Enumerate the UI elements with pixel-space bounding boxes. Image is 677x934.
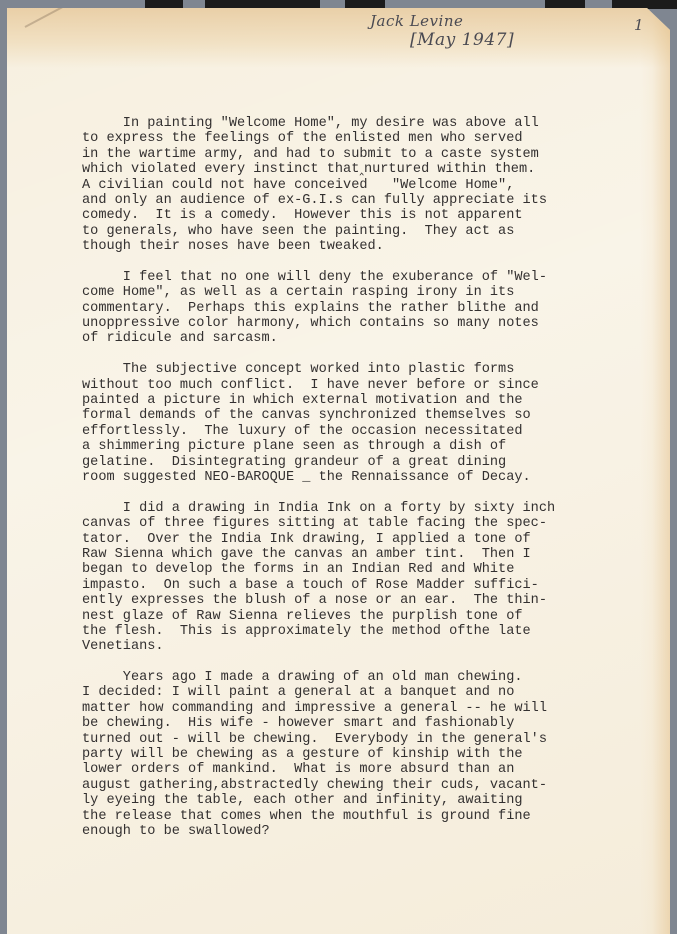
text-line: enough to be swallowed? bbox=[82, 824, 642, 839]
text-line: be chewing. His wife - however smart and… bbox=[82, 716, 642, 731]
text-line: Years ago I made a drawing of an old man… bbox=[82, 670, 642, 685]
text-line: began to develop the forms in an Indian … bbox=[82, 562, 642, 577]
text-line: unoppressive color harmony, which contai… bbox=[82, 316, 642, 331]
text-line: without too much conflict. I have never … bbox=[82, 378, 642, 393]
text-line: ly eyeing the table, each other and infi… bbox=[82, 793, 642, 808]
handwritten-date: [May 1947] bbox=[410, 30, 514, 50]
scanner-clip bbox=[205, 0, 320, 9]
paper-crease bbox=[25, 0, 105, 28]
text-line: I did a drawing in India Ink on a forty … bbox=[82, 501, 642, 516]
text-line: lower orders of mankind. What is more ab… bbox=[82, 762, 642, 777]
paragraph: In painting "Welcome Home", my desire wa… bbox=[82, 116, 642, 255]
paragraph: Years ago I made a drawing of an old man… bbox=[82, 670, 642, 839]
text-line: formal demands of the canvas synchronize… bbox=[82, 408, 642, 423]
text-line: to generals, who have seen the painting.… bbox=[82, 224, 642, 239]
text-line: room suggested NEO-BAROQUE _ the Rennais… bbox=[82, 470, 642, 485]
text-line: tator. Over the India Ink drawing, I app… bbox=[82, 532, 642, 547]
text-line: nest glaze of Raw Sienna relieves the pu… bbox=[82, 609, 642, 624]
paragraph: I did a drawing in India Ink on a forty … bbox=[82, 501, 642, 655]
text-line: matter how commanding and impressive a g… bbox=[82, 701, 642, 716]
handwritten-author: Jack Levine bbox=[370, 12, 463, 30]
text-line: the flesh. This is approximately the met… bbox=[82, 624, 642, 639]
text-line: painted a picture in which external moti… bbox=[82, 393, 642, 408]
page-number: 1 bbox=[634, 16, 644, 34]
scanner-clip bbox=[612, 0, 677, 9]
text-line: impasto. On such a base a touch of Rose … bbox=[82, 578, 642, 593]
text-line: though their noses have been tweaked. bbox=[82, 239, 642, 254]
text-line: ently expresses the blush of a nose or a… bbox=[82, 593, 642, 608]
paragraph: I feel that no one will deny the exubera… bbox=[82, 270, 642, 347]
text-line: Venetians. bbox=[82, 639, 642, 654]
text-line: august gathering,abstractedly chewing th… bbox=[82, 778, 642, 793]
text-line: which violated every instinct that‸nurtu… bbox=[82, 162, 642, 177]
scanner-clip bbox=[145, 0, 183, 9]
text-line: the release that comes when the mouthful… bbox=[82, 809, 642, 824]
text-line: gelatine. Disintegrating grandeur of a g… bbox=[82, 455, 642, 470]
text-line: I feel that no one will deny the exubera… bbox=[82, 270, 642, 285]
paragraph: The subjective concept worked into plast… bbox=[82, 362, 642, 485]
text-line: in the wartime army, and had to submit t… bbox=[82, 147, 642, 162]
typed-body: In painting "Welcome Home", my desire wa… bbox=[82, 116, 642, 855]
text-line: and only an audience of ex-G.I.s can ful… bbox=[82, 193, 642, 208]
text-line: In painting "Welcome Home", my desire wa… bbox=[82, 116, 642, 131]
text-line: come Home", as well as a certain rasping… bbox=[82, 285, 642, 300]
text-line: The subjective concept worked into plast… bbox=[82, 362, 642, 377]
text-line: of ridicule and sarcasm. bbox=[82, 331, 642, 346]
text-line: a shimmering picture plane seen as throu… bbox=[82, 439, 642, 454]
scanner-clip bbox=[545, 0, 585, 9]
text-line: effortlessly. The luxury of the occasion… bbox=[82, 424, 642, 439]
text-line: commentary. Perhaps this explains the ra… bbox=[82, 301, 642, 316]
text-line: A civilian could not have conceived "Wel… bbox=[82, 178, 642, 193]
text-line: Raw Sienna which gave the canvas an ambe… bbox=[82, 547, 642, 562]
text-line: to express the feelings of the enlisted … bbox=[82, 131, 642, 146]
text-line: turned out - will be chewing. Everybody … bbox=[82, 732, 642, 747]
text-line: comedy. It is a comedy. However this is … bbox=[82, 208, 642, 223]
text-line: party will be chewing as a gesture of ki… bbox=[82, 747, 642, 762]
scanner-clip bbox=[345, 0, 385, 9]
text-line: canvas of three figures sitting at table… bbox=[82, 516, 642, 531]
text-line: I decided: I will paint a general at a b… bbox=[82, 685, 642, 700]
